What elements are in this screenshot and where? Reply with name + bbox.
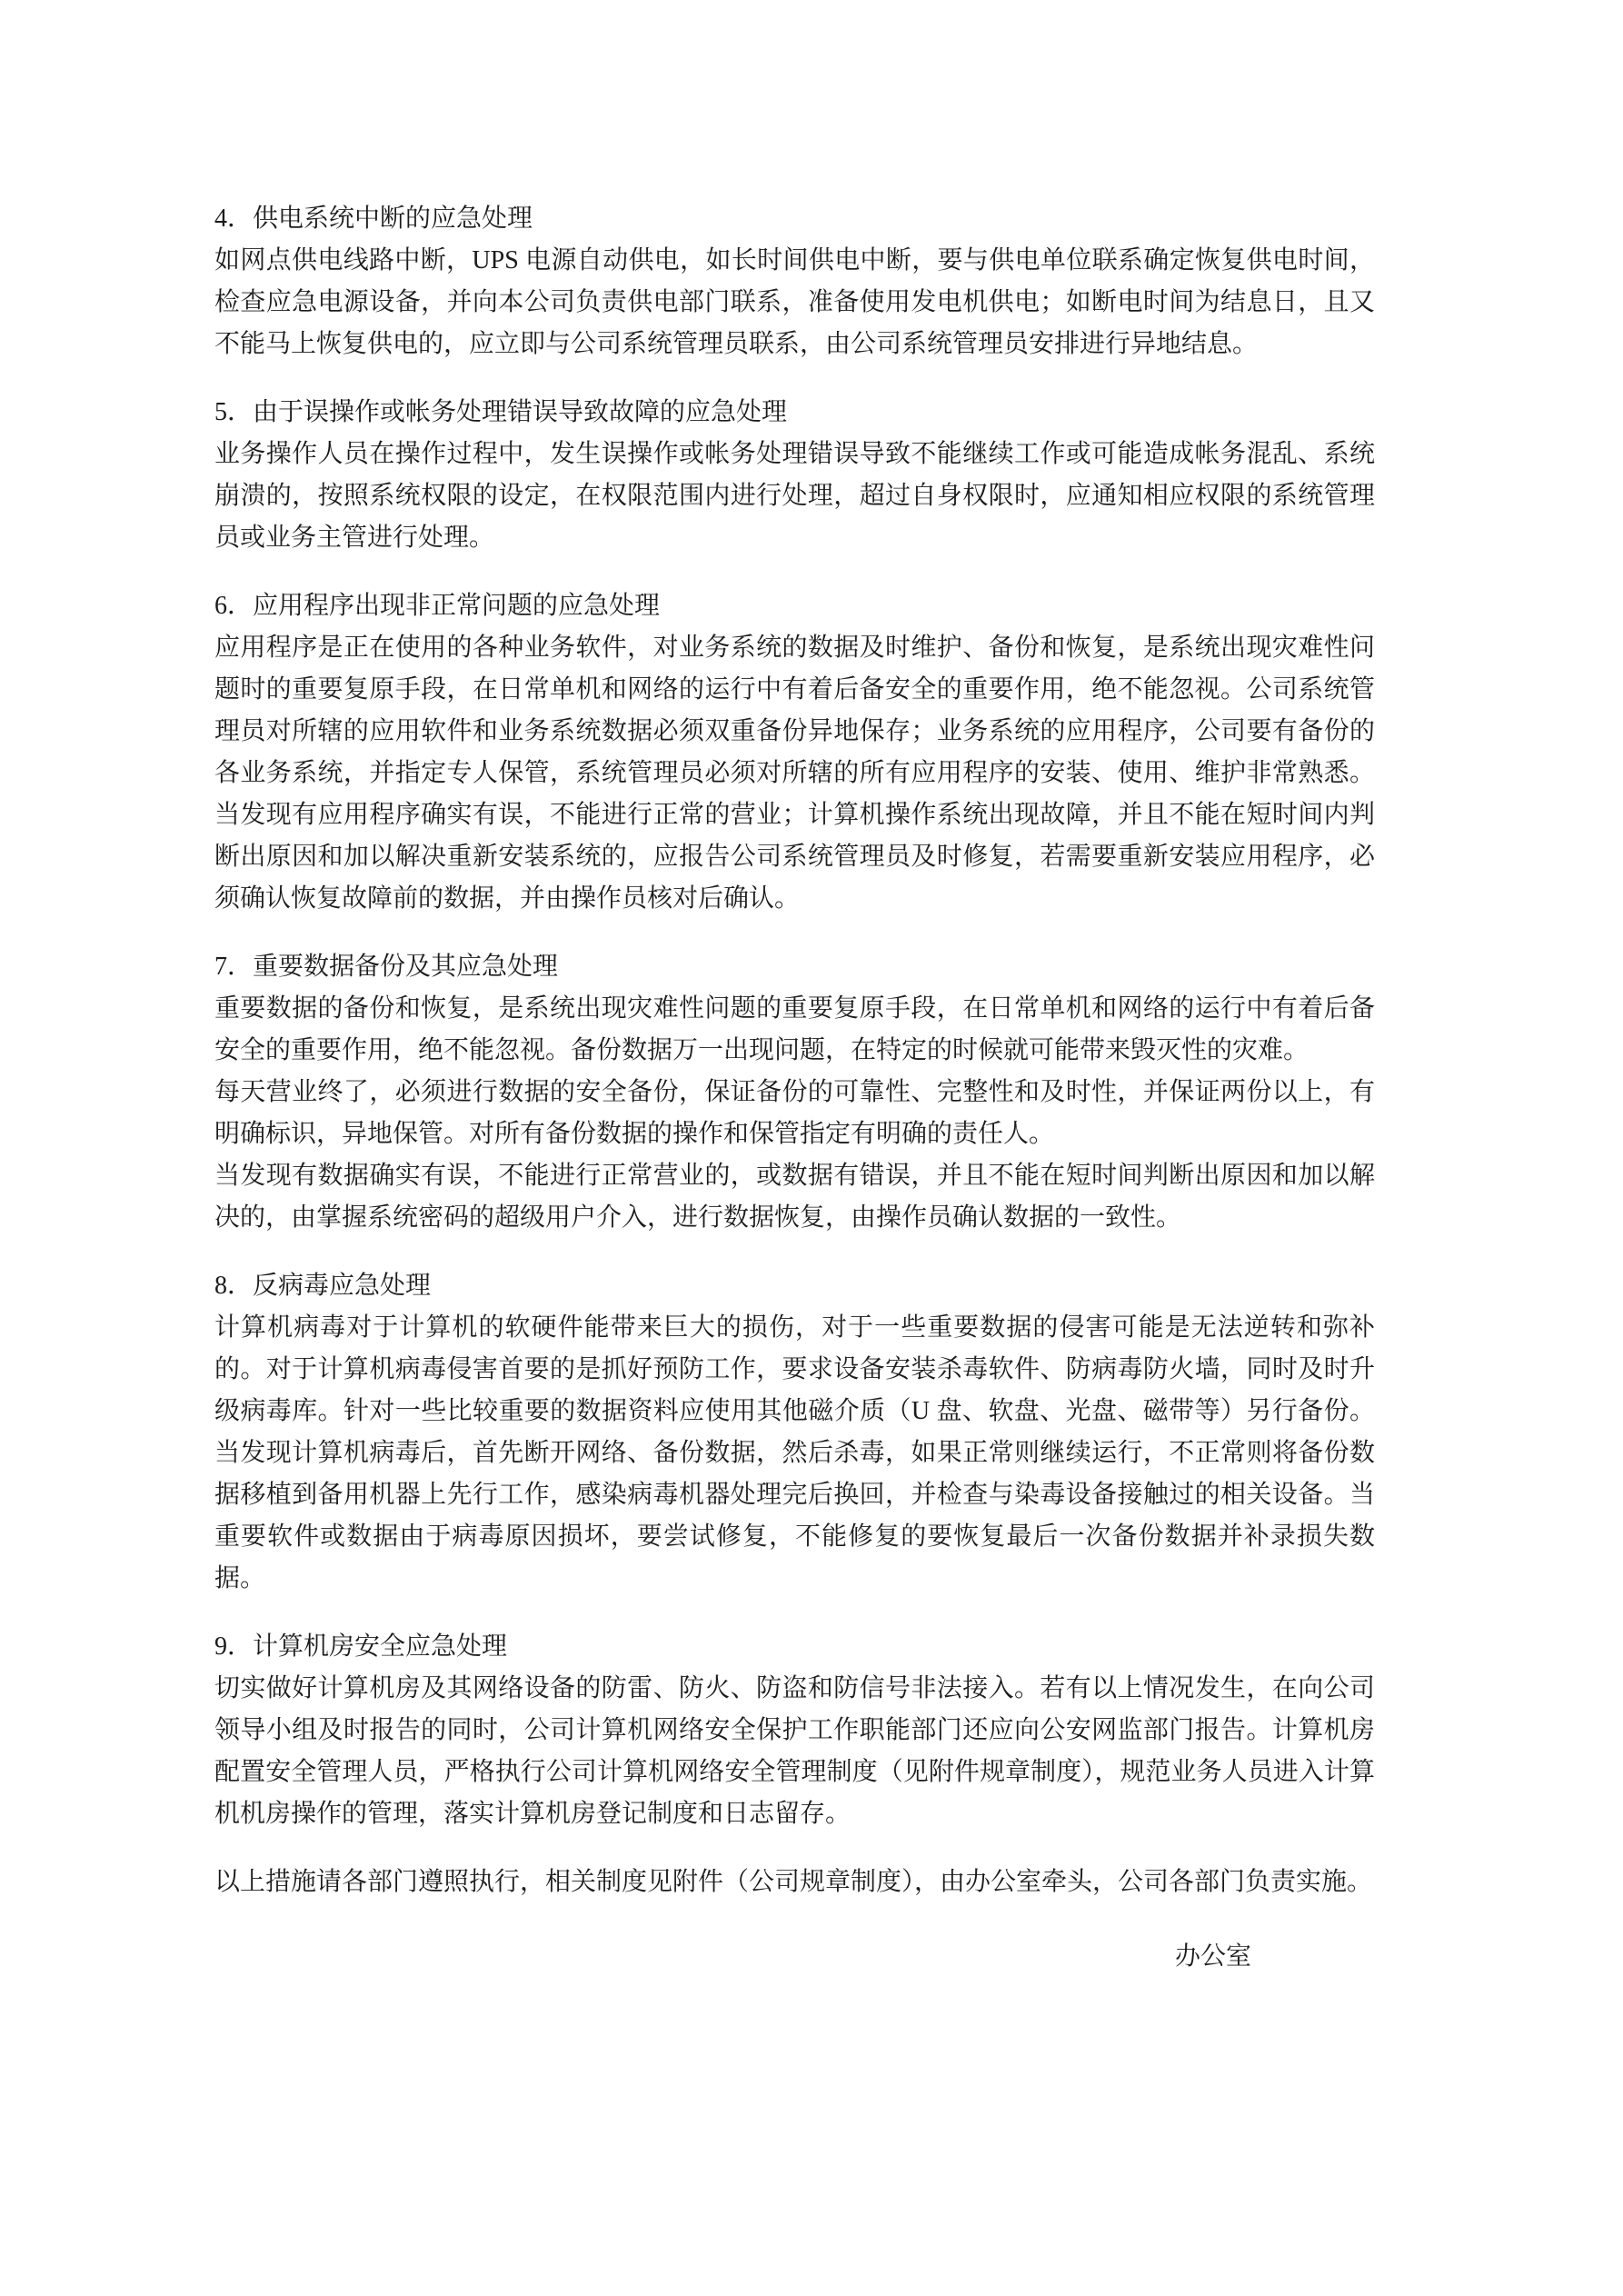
section-heading: 9．计算机房安全应急处理 bbox=[214, 1626, 1375, 1668]
section-paragraph: 切实做好计算机房及其网络设备的防雷、防火、防盗和防信号非法接入。若有以上情况发生… bbox=[214, 1668, 1375, 1835]
section-paragraph: 重要数据的备份和恢复，是系统出现灾难性问题的重要复原手段，在日常单机和网络的运行… bbox=[214, 988, 1375, 1072]
section-misoperation: 5．由于误操作或帐务处理错误导致故障的应急处理 业务操作人员在操作过程中，发生误… bbox=[214, 392, 1375, 559]
section-heading: 5．由于误操作或帐务处理错误导致故障的应急处理 bbox=[214, 392, 1375, 434]
section-paragraph: 每天营业终了，必须进行数据的安全备份，保证备份的可靠性、完整性和及时性，并保证两… bbox=[214, 1072, 1375, 1155]
document-body: 4．供电系统中断的应急处理 如网点供电线路中断，UPS 电源自动供电，如长时间供… bbox=[214, 198, 1375, 1978]
document-page: 4．供电系统中断的应急处理 如网点供电线路中断，UPS 电源自动供电，如长时间供… bbox=[0, 0, 1623, 2296]
section-heading: 4．供电系统中断的应急处理 bbox=[214, 198, 1375, 240]
section-power-outage: 4．供电系统中断的应急处理 如网点供电线路中断，UPS 电源自动供电，如长时间供… bbox=[214, 198, 1375, 365]
section-paragraph: 当发现有数据确实有误，不能进行正常营业的，或数据有错误，并且不能在短时间判断出原… bbox=[214, 1155, 1375, 1239]
section-heading: 8．反病毒应急处理 bbox=[214, 1265, 1375, 1307]
section-heading: 6．应用程序出现非正常问题的应急处理 bbox=[214, 585, 1375, 627]
signature: 办公室 bbox=[214, 1936, 1375, 1978]
section-application-error: 6．应用程序出现非正常问题的应急处理 应用程序是正在使用的各种业务软件，对业务系… bbox=[214, 585, 1375, 920]
section-server-room-security: 9．计算机房安全应急处理 切实做好计算机房及其网络设备的防雷、防火、防盗和防信号… bbox=[214, 1626, 1375, 1835]
section-antivirus: 8．反病毒应急处理 计算机病毒对于计算机的软硬件能带来巨大的损伤，对于一些重要数… bbox=[214, 1265, 1375, 1600]
closing-paragraph: 以上措施请各部门遵照执行，相关制度见附件（公司规章制度），由办公室牵头，公司各部… bbox=[214, 1862, 1375, 1903]
section-paragraph: 计算机病毒对于计算机的软硬件能带来巨大的损伤，对于一些重要数据的侵害可能是无法逆… bbox=[214, 1307, 1375, 1600]
section-heading: 7．重要数据备份及其应急处理 bbox=[214, 946, 1375, 988]
section-data-backup: 7．重要数据备份及其应急处理 重要数据的备份和恢复，是系统出现灾难性问题的重要复… bbox=[214, 946, 1375, 1239]
section-paragraph: 应用程序是正在使用的各种业务软件，对业务系统的数据及时维护、备份和恢复，是系统出… bbox=[214, 627, 1375, 920]
section-paragraph: 如网点供电线路中断，UPS 电源自动供电，如长时间供电中断，要与供电单位联系确定… bbox=[214, 240, 1375, 365]
section-paragraph: 业务操作人员在操作过程中，发生误操作或帐务处理错误导致不能继续工作或可能造成帐务… bbox=[214, 434, 1375, 559]
